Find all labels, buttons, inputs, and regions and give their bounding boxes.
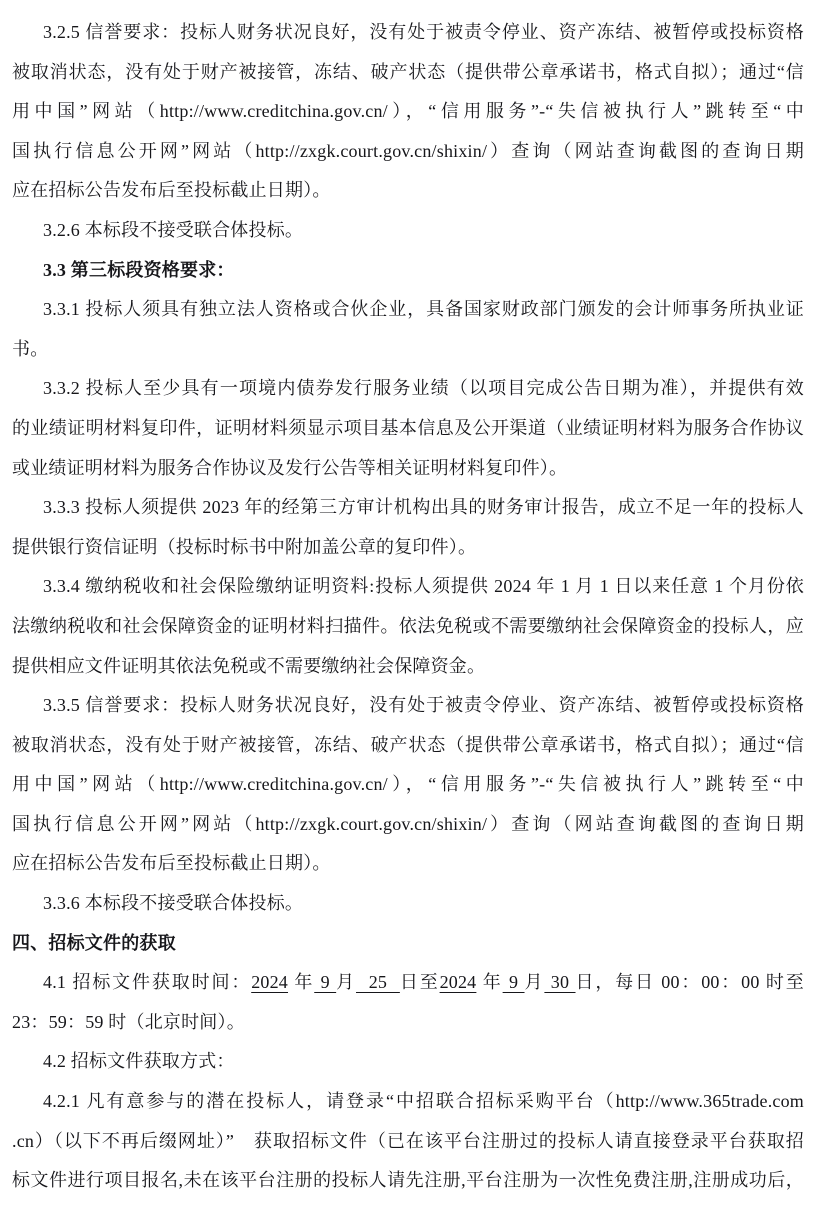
text-segment: 的业绩证明材料复印件，证明材料须显示项目基本信息及公开渠道（业绩证明材料为服务合… — [12, 418, 804, 438]
clause-4-1: 4.1 招标文件获取时间：2024 年 9 月 25 日至2024 年 9 月 … — [12, 963, 804, 1042]
text-segment: 提供银行资信证明（投标时标书中附加盖公章的复印件）。 — [12, 537, 476, 557]
text-segment: 3.3.3 投标人须提供 2023 年的经第三方审计机构出具的财务审计报告，成立… — [43, 497, 804, 517]
text-segment: 3.2.6 本标段不接受联合体投标。 — [43, 220, 303, 240]
fill-in-blank-underlined: 9 — [314, 972, 336, 992]
clause-3-3-5: 3.3.5 信誉要求：投标人财务状况良好，没有处于被责令停业、资产冻结、被暂停或… — [12, 686, 804, 884]
fill-in-blank-underlined: 2024 — [440, 972, 477, 992]
text-segment: .cn）（以下不再后缀网址）” 获取招标文件（已在该平台注册过的投标人请直接登录… — [12, 1131, 804, 1151]
heading-3-3-line: 3.3 第三标段资格要求： — [12, 251, 804, 291]
clause-3-2-6: 3.2.6 本标段不接受联合体投标。 — [12, 211, 804, 251]
text-segment: 国执行信息公开网”网站（http://zxgk.court.gov.cn/shi… — [12, 141, 804, 161]
clause-4-1-line: 4.1 招标文件获取时间：2024 年 9 月 25 日至2024 年 9 月 … — [12, 963, 804, 1003]
text-segment: 年 — [288, 972, 314, 992]
clause-3-3-2: 3.3.2 投标人至少具有一项境内债券发行服务业绩（以项目完成公告日期为准），并… — [12, 369, 804, 488]
text-segment: 被取消状态，没有处于财产被接管，冻结、破产状态（提供带公章承诺书，格式自拟）；通… — [12, 62, 804, 82]
text-segment: 法缴纳税收和社会保障资金的证明材料扫描件。依法免税或不需要缴纳社会保障资金的投标… — [12, 616, 804, 636]
fill-in-blank-underlined: 2024 — [251, 972, 288, 992]
clause-3-3-6: 3.3.6 本标段不接受联合体投标。 — [12, 884, 804, 924]
text-segment: 国执行信息公开网”网站（http://zxgk.court.gov.cn/shi… — [12, 814, 804, 834]
clause-3-3-5-line: 3.3.5 信誉要求：投标人财务状况良好，没有处于被责令停业、资产冻结、被暂停或… — [12, 686, 804, 726]
clause-3-2-5-line: 应在招标公告发布后至投标截止日期）。 — [12, 171, 804, 211]
clause-3-3-4-line: 法缴纳税收和社会保障资金的证明材料扫描件。依法免税或不需要缴纳社会保障资金的投标… — [12, 607, 804, 647]
clause-3-3-4-line: 3.3.4 缴纳税收和社会保险缴纳证明资料:投标人须提供 2024 年 1 月 … — [12, 567, 804, 607]
clause-3-2-5-line: 用中国”网站（http://www.creditchina.gov.cn/），“… — [12, 92, 804, 132]
text-segment: 被取消状态，没有处于财产被接管，冻结、破产状态（提供带公章承诺书，格式自拟）；通… — [12, 735, 804, 755]
clause-3-2-6-line: 3.2.6 本标段不接受联合体投标。 — [12, 211, 804, 251]
text-segment: 3.3.5 信誉要求：投标人财务状况良好，没有处于被责令停业、资产冻结、被暂停或… — [43, 695, 804, 715]
clause-3-3-3-line: 提供银行资信证明（投标时标书中附加盖公章的复印件）。 — [12, 528, 804, 568]
clause-3-3-2-line: 3.3.2 投标人至少具有一项境内债券发行服务业绩（以项目完成公告日期为准），并… — [12, 369, 804, 409]
heading-3-3: 3.3 第三标段资格要求： — [12, 251, 804, 291]
text-segment: 3.3 第三标段资格要求： — [43, 260, 235, 280]
fill-in-blank-underlined: 25 — [356, 972, 400, 992]
clause-3-3-2-line: 的业绩证明材料复印件，证明材料须显示项目基本信息及公开渠道（业绩证明材料为服务合… — [12, 409, 804, 449]
text-segment: 4.2.1 凡有意参与的潜在投标人，请登录“中招联合招标采购平台（http://… — [43, 1091, 804, 1111]
text-segment: 应在招标公告发布后至投标截止日期）。 — [12, 180, 331, 200]
text-segment: 4.2 招标文件获取方式： — [43, 1051, 235, 1071]
clause-3-3-5-line: 国执行信息公开网”网站（http://zxgk.court.gov.cn/shi… — [12, 805, 804, 845]
clause-3-3-5-line: 被取消状态，没有处于财产被接管，冻结、破产状态（提供带公章承诺书，格式自拟）；通… — [12, 726, 804, 766]
text-segment: 标文件进行项目报名,未在该平台注册的投标人请先注册,平台注册为一次性免费注册,注… — [12, 1170, 804, 1190]
text-segment: 3.3.6 本标段不接受联合体投标。 — [43, 893, 303, 913]
text-segment: 日，每日 00：00：00 时至 — [576, 972, 804, 992]
clause-3-2-5-line: 3.2.5 信誉要求：投标人财务状况良好，没有处于被责令停业、资产冻结、被暂停或… — [12, 13, 804, 53]
clause-3-3-2-line: 或业绩证明材料为服务合作协议及发行公告等相关证明材料复印件）。 — [12, 449, 804, 489]
text-segment: 用中国”网站（http://www.creditchina.gov.cn/），“… — [12, 101, 804, 121]
clause-3-2-5-line: 被取消状态，没有处于财产被接管，冻结、破产状态（提供带公章承诺书，格式自拟）；通… — [12, 53, 804, 93]
heading-section-4: 四、招标文件的获取 — [12, 924, 804, 964]
clause-4-2: 4.2 招标文件获取方式： — [12, 1042, 804, 1082]
clause-3-3-3-line: 3.3.3 投标人须提供 2023 年的经第三方审计机构出具的财务审计报告，成立… — [12, 488, 804, 528]
clause-3-3-5-line: 用中国”网站（http://www.creditchina.gov.cn/），“… — [12, 765, 804, 805]
clause-3-3-4-line: 提供相应文件证明其依法免税或不需要缴纳社会保障资金。 — [12, 647, 804, 687]
text-segment: 月 — [525, 972, 545, 992]
clause-4-1-line: 23：59：59 时（北京时间）。 — [12, 1003, 804, 1043]
text-segment: 用中国”网站（http://www.creditchina.gov.cn/），“… — [12, 774, 804, 794]
text-segment: 23：59：59 时（北京时间）。 — [12, 1012, 245, 1032]
text-segment: 3.3.1 投标人须具有独立法人资格或合伙企业，具备国家财政部门颁发的会计师事务… — [43, 299, 804, 319]
clause-4-2-line: 4.2 招标文件获取方式： — [12, 1042, 804, 1082]
clause-3-3-1: 3.3.1 投标人须具有独立法人资格或合伙企业，具备国家财政部门颁发的会计师事务… — [12, 290, 804, 369]
clause-4-2-1: 4.2.1 凡有意参与的潜在投标人，请登录“中招联合招标采购平台（http://… — [12, 1082, 804, 1201]
clause-3-3-3: 3.3.3 投标人须提供 2023 年的经第三方审计机构出具的财务审计报告，成立… — [12, 488, 804, 567]
fill-in-blank-underlined: 9 — [503, 972, 525, 992]
text-segment: 提供相应文件证明其依法免税或不需要缴纳社会保障资金。 — [12, 656, 485, 676]
text-segment: 月 — [336, 972, 356, 992]
clause-3-3-6-line: 3.3.6 本标段不接受联合体投标。 — [12, 884, 804, 924]
clause-4-2-1-line: .cn）（以下不再后缀网址）” 获取招标文件（已在该平台注册过的投标人请直接登录… — [12, 1122, 804, 1162]
clause-4-2-1-line: 标文件进行项目报名,未在该平台注册的投标人请先注册,平台注册为一次性免费注册,注… — [12, 1161, 804, 1201]
clause-3-3-5-line: 应在招标公告发布后至投标截止日期）。 — [12, 844, 804, 884]
text-segment: 4.1 招标文件获取时间： — [43, 972, 251, 992]
clause-3-3-1-line: 书。 — [12, 330, 804, 370]
text-segment: 四、招标文件的获取 — [12, 933, 176, 953]
text-segment: 3.3.2 投标人至少具有一项境内债券发行服务业绩（以项目完成公告日期为准），并… — [43, 378, 804, 398]
text-segment: 日至 — [400, 972, 440, 992]
clause-3-3-1-line: 3.3.1 投标人须具有独立法人资格或合伙企业，具备国家财政部门颁发的会计师事务… — [12, 290, 804, 330]
text-segment: 年 — [476, 972, 502, 992]
fill-in-blank-underlined: 30 — [544, 972, 575, 992]
text-segment: 应在招标公告发布后至投标截止日期）。 — [12, 853, 331, 873]
clause-4-2-1-line: 4.2.1 凡有意参与的潜在投标人，请登录“中招联合招标采购平台（http://… — [12, 1082, 804, 1122]
clause-3-2-5: 3.2.5 信誉要求：投标人财务状况良好，没有处于被责令停业、资产冻结、被暂停或… — [12, 13, 804, 211]
clause-3-3-4: 3.3.4 缴纳税收和社会保险缴纳证明资料:投标人须提供 2024 年 1 月 … — [12, 567, 804, 686]
tender-document-page: 3.2.5 信誉要求：投标人财务状况良好，没有处于被责令停业、资产冻结、被暂停或… — [0, 0, 814, 1201]
clause-3-2-5-line: 国执行信息公开网”网站（http://zxgk.court.gov.cn/shi… — [12, 132, 804, 172]
text-segment: 书。 — [12, 339, 48, 359]
text-segment: 3.2.5 信誉要求：投标人财务状况良好，没有处于被责令停业、资产冻结、被暂停或… — [43, 22, 804, 42]
text-segment: 3.3.4 缴纳税收和社会保险缴纳证明资料:投标人须提供 2024 年 1 月 … — [43, 576, 804, 596]
document-body: 3.2.5 信誉要求：投标人财务状况良好，没有处于被责令停业、资产冻结、被暂停或… — [12, 13, 804, 1201]
heading-section-4-line: 四、招标文件的获取 — [12, 924, 804, 964]
text-segment: 或业绩证明材料为服务合作协议及发行公告等相关证明材料复印件）。 — [12, 458, 567, 478]
